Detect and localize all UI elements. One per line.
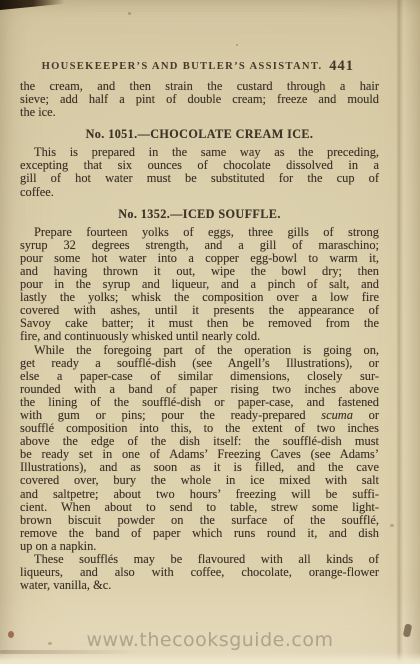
paper-speck [128,12,131,15]
paper-speck [236,44,238,46]
page-number: 441 [329,58,354,75]
recipe-heading: No. 1051.—CHOCOLATE CREAM ICE. [20,127,379,141]
scan-corner-shadow [0,0,66,10]
paper-speck [8,631,14,638]
text-line: remove the band of paper which runs roun… [20,527,379,540]
text-line: syrup 32 degrees strength, and a gill of… [20,239,379,252]
text-line: and saltpetre; about two hours’ freezing… [20,488,379,501]
watermark: www.thecooksguide.com [0,629,420,651]
paragraph: While the foregoing part of the operatio… [20,344,379,554]
paragraph: the cream, and then strain the custard t… [20,80,379,119]
page-edge-line [396,0,403,664]
page-content: the cream, and then strain the custard t… [20,80,379,592]
text-line: covered over, bury the whole in ice mixe… [20,474,379,487]
page-edge-margin [403,0,420,664]
recipe-heading: No. 1352.—ICED SOUFFLE. [20,207,379,221]
paragraph: This is prepared in the same way as the … [20,146,379,198]
text-line: pour some hot water into a copper egg-bo… [20,252,379,265]
book-page-scan: HOUSEKEEPER’S AND BUTLER’S ASSISTANT. 44… [0,0,420,664]
text-line: get ready a soufflé-dish (see Angell’s I… [20,357,379,370]
paper-speck [48,642,52,645]
paper-speck [390,524,394,527]
paragraph: Prepare fourteen yolks of eggs, three gi… [20,226,379,344]
text-line: the ice. [20,106,379,119]
text-line: else a paper-case of similar dimensions,… [20,370,379,383]
running-title: HOUSEKEEPER’S AND BUTLER’S ASSISTANT. [20,61,344,72]
text-line: While the foregoing part of the operatio… [20,344,379,357]
paragraph: These soufflés may be flavoured with all… [20,553,379,592]
text-line: cient. When about to send to table, stre… [20,501,379,514]
text-line: Prepare fourteen yolks of eggs, three gi… [20,226,379,239]
text-line: brown biscuit powder on the surface of t… [20,514,379,527]
text-line: fire, and continuously whisked until nea… [20,330,379,343]
text-line: coffee. [20,186,379,199]
text-line: sieve; add half a pint of double cream; … [20,93,379,106]
text-line: rounded with a band of paper rising two … [20,383,379,396]
text-line: water, vanilla, &c. [20,579,379,592]
text-line: gill of hot water must be substituted fo… [20,172,379,185]
